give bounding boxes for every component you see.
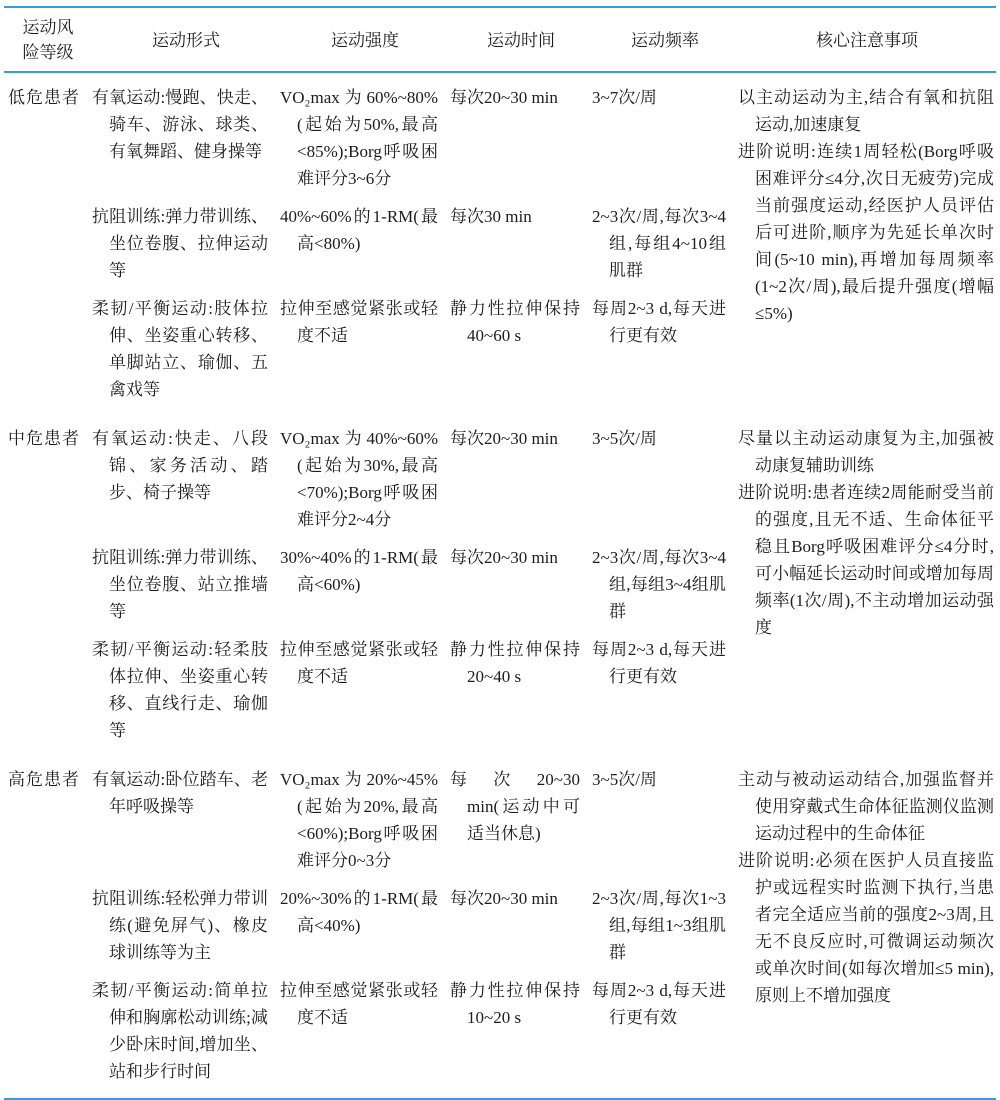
frequency-cell: 3~5次/周 [592,766,738,874]
header-cell-exercise-form: 运动形式 [92,28,280,53]
frequency-cell: 3~5次/周 [592,425,738,533]
frequency-cell: 2~3次/周,每次1~3组,每组1~3组肌群 [592,885,738,966]
frequency-cell: 3~7次/周 [592,84,738,192]
header-cell-frequency: 运动频率 [592,28,738,53]
note-paragraph: 进阶说明:患者连续2周能耐受当前的强度,且无不适、生命体征平稳且Borg呼吸困难… [738,479,994,641]
intensity-cell: VO₂max为60%~80%(起始为50%,最高<85%);Borg呼吸困难评分… [280,84,450,192]
intensity-cell: 40%~60%的1-RM(最高<80%) [280,203,450,284]
header-risk-level-line2: 险等级 [4,40,92,65]
exercise-form-cell: 抗阻训练:轻松弹力带训练(避免屏气)、橡皮球训练等为主 [92,885,280,966]
exercise-prescription-table: 运动风 险等级 运动形式 运动强度 运动时间 运动频率 核心注意事项 低危患者 … [4,6,996,1100]
intensity-cell: 拉伸至感觉紧张或轻度不适 [280,295,450,403]
frequency-cell: 每周2~3 d,每天进行更有效 [592,977,738,1085]
risk-level-label: 中危患者 [4,425,92,755]
intensity-cell: 拉伸至感觉紧张或轻度不适 [280,977,450,1085]
frequency-cell: 2~3次/周,每次3~4组,每组3~4组肌群 [592,544,738,625]
notes-cell: 主动与被动运动结合,加强监督并使用穿戴式生命体征监测仪监测运动过程中的生命体征 … [738,766,996,1096]
risk-level-label: 高危患者 [4,766,92,1096]
exercise-form-cell: 有氧运动:快走、八段锦、家务活动、踏步、椅子操等 [92,425,280,533]
note-paragraph: 进阶说明:连续1周轻松(Borg呼吸困难评分≤4分,次日无疲劳)完成当前强度运动… [738,138,994,327]
table-header-row: 运动风 险等级 运动形式 运动强度 运动时间 运动频率 核心注意事项 [4,8,996,73]
notes-cell: 尽量以主动运动康复为主,加强被动康复辅助训练 进阶说明:患者连续2周能耐受当前的… [738,425,996,755]
note-paragraph: 主动与被动运动结合,加强监督并使用穿戴式生命体征监测仪监测运动过程中的生命体征 [738,766,994,847]
risk-group-row-high: 高危患者 有氧运动:卧位踏车、老年呼吸操等 VO₂max为20%~45%(起始为… [4,755,996,1096]
time-cell: 每次20~30 min [450,84,592,192]
intensity-cell: 20%~30%的1-RM(最高<40%) [280,885,450,966]
header-cell-time: 运动时间 [450,28,592,53]
time-cell: 每次20~30 min [450,885,592,966]
exercise-form-cell: 抗阻训练:弹力带训练、坐位卷腹、拉伸运动等 [92,203,280,284]
exercise-form-cell: 柔韧/平衡运动:轻柔肢体拉伸、坐姿重心转移、直线行走、瑜伽等 [92,636,280,744]
exercise-form-cell: 柔韧/平衡运动:简单拉伸和胸廓松动训练;减少卧床时间,增加坐、站和步行时间 [92,977,280,1085]
exercise-form-cell: 柔韧/平衡运动:肢体拉伸、坐姿重心转移、单脚站立、瑜伽、五禽戏等 [92,295,280,403]
header-cell-intensity: 运动强度 [280,28,450,53]
header-risk-level-line1: 运动风 [4,15,92,40]
header-cell-risk-level: 运动风 险等级 [4,15,92,65]
notes-cell: 以主动运动为主,结合有氧和抗阻运动,加速康复 进阶说明:连续1周轻松(Borg呼… [738,84,996,414]
time-cell: 每次20~30 min [450,425,592,533]
note-paragraph: 以主动运动为主,结合有氧和抗阻运动,加速康复 [738,84,994,138]
note-paragraph: 进阶说明:必须在医护人员直接监护或远程实时监测下执行,当患者完全适应当前的强度2… [738,847,994,1009]
risk-group-row-low: 低危患者 有氧运动:慢跑、快走、骑车、游泳、球类、有氧舞蹈、健身操等 VO₂ma… [4,73,996,414]
exercise-form-cell: 有氧运动:慢跑、快走、骑车、游泳、球类、有氧舞蹈、健身操等 [92,84,280,192]
frequency-cell: 2~3次/周,每次3~4组,每组4~10组肌群 [592,203,738,284]
risk-level-label: 低危患者 [4,84,92,414]
intensity-cell: VO₂max为40%~60%(起始为30%,最高<70%);Borg呼吸困难评分… [280,425,450,533]
time-cell: 每次20~30 min [450,544,592,625]
frequency-cell: 每周2~3 d,每天进行更有效 [592,295,738,403]
time-cell: 静力性拉伸保持10~20 s [450,977,592,1085]
time-cell: 静力性拉伸保持20~40 s [450,636,592,744]
header-cell-notes: 核心注意事项 [738,28,996,53]
page: 运动风 险等级 运动形式 运动强度 运动时间 运动频率 核心注意事项 低危患者 … [0,6,1000,1100]
intensity-cell: VO₂max为20%~45%(起始为20%,最高<60%);Borg呼吸困难评分… [280,766,450,874]
time-cell: 静力性拉伸保持40~60 s [450,295,592,403]
time-cell: 每次20~30 min(运动中可适当休息) [450,766,592,874]
note-paragraph: 尽量以主动运动康复为主,加强被动康复辅助训练 [738,425,994,479]
intensity-cell: 拉伸至感觉紧张或轻度不适 [280,636,450,744]
exercise-form-cell: 抗阻训练:弹力带训练、坐位卷腹、站立推墙等 [92,544,280,625]
exercise-form-cell: 有氧运动:卧位踏车、老年呼吸操等 [92,766,280,874]
frequency-cell: 每周2~3 d,每天进行更有效 [592,636,738,744]
risk-group-row-medium: 中危患者 有氧运动:快走、八段锦、家务活动、踏步、椅子操等 VO₂max为40%… [4,414,996,755]
intensity-cell: 30%~40%的1-RM(最高<60%) [280,544,450,625]
time-cell: 每次30 min [450,203,592,284]
